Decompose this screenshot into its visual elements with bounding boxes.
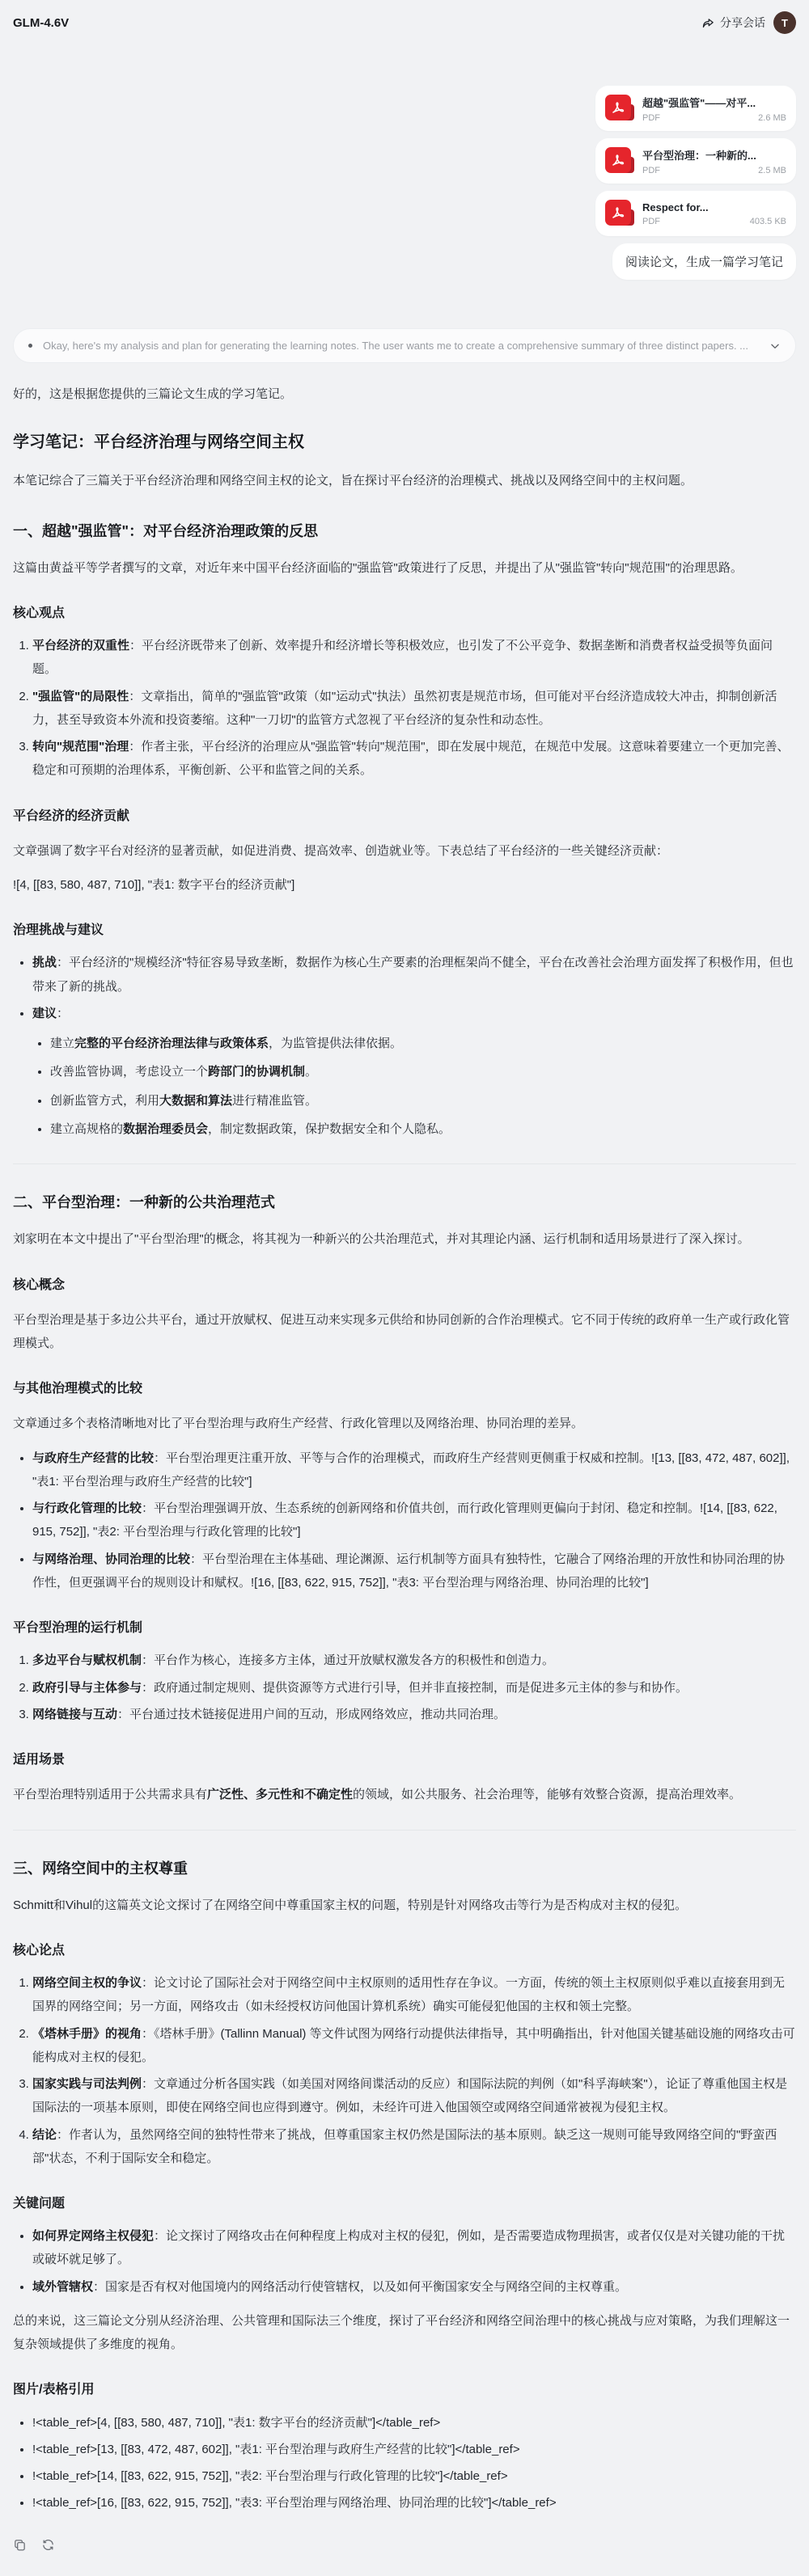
assistant-message: 好的，这是根据您提供的三篇论文生成的学习笔记。学习笔记：平台经济治理与网络空间主… bbox=[13, 382, 796, 2515]
bullet-list: 挑战：平台经济的"规模经济"特征容易导致垄断，数据作为核心生产要素的治理框架尚不… bbox=[13, 951, 796, 1141]
attachment-title: Respect for... bbox=[642, 201, 786, 213]
divider bbox=[13, 1163, 796, 1164]
bold-text: 如何界定网络主权侵犯 bbox=[32, 2229, 154, 2243]
copy-icon bbox=[13, 2538, 27, 2552]
bold-text: 域外管辖权 bbox=[32, 2280, 93, 2294]
paragraph: ![4, [[83, 580, 487, 710]], "表1: 数字平台的经济… bbox=[13, 873, 796, 897]
bold-text: 转向"规范围"治理 bbox=[32, 740, 129, 754]
header-actions: 分享会话 T bbox=[701, 11, 796, 34]
pdf-file-icon bbox=[605, 199, 634, 228]
share-icon bbox=[701, 16, 715, 30]
bold-text: 《塔林手册》的视角 bbox=[32, 2027, 142, 2041]
bold-text: 平台经济的双重性 bbox=[32, 639, 129, 652]
bullet-dot-icon bbox=[28, 344, 32, 348]
bold-text: 挑战 bbox=[32, 956, 57, 969]
list-item: "强监管"的局限性：文章指出，简单的"强监管"政策（如"运动式"执法）虽然初衷是… bbox=[32, 685, 796, 733]
attachment-card[interactable]: 超越"强监管"——对平... PDF 2.6 MB bbox=[595, 86, 796, 131]
bold-text: 完整的平台经济治理法律与政策体系 bbox=[74, 1037, 269, 1050]
attachment-meta: PDF 2.5 MB bbox=[642, 166, 786, 175]
list-item: !<table_ref>[14, [[83, 622, 915, 752]], … bbox=[32, 2464, 796, 2488]
ordered-list: 网络空间主权的争议：论文讨论了国际社会对于网络空间中主权原则的适用性存在争议。一… bbox=[13, 1971, 796, 2170]
list-item: 政府引导与主体参与：政府通过制定规则、提供资源等方式进行引导，但并非直接控制，而… bbox=[32, 1676, 796, 1700]
section-heading: 关键问题 bbox=[13, 2191, 796, 2216]
list-item: 转向"规范围"治理：作者主张，平台经济的治理应从"强监管"转向"规范围"，即在发… bbox=[32, 735, 796, 783]
user-message-group: 超越"强监管"——对平... PDF 2.6 MB 平台型治理：一种新的... bbox=[595, 86, 796, 280]
bold-text: 与网络治理、协同治理的比较 bbox=[32, 1552, 190, 1566]
ordered-list: 平台经济的双重性：平台经济既带来了创新、效率提升和经济增长等积极效应，也引发了不… bbox=[13, 634, 796, 783]
attachment-meta: PDF 2.6 MB bbox=[642, 113, 786, 123]
chevron-down-icon[interactable] bbox=[769, 340, 781, 352]
list-item: !<table_ref>[16, [[83, 622, 915, 752]], … bbox=[32, 2491, 796, 2515]
section-heading: 核心观点 bbox=[13, 601, 796, 626]
paragraph: 刘家明在本文中提出了"平台型治理"的概念，将其视为一种新兴的公共治理范式，并对其… bbox=[13, 1227, 796, 1251]
bold-text: "强监管"的局限性 bbox=[32, 690, 129, 703]
list-item: 建议：建立完整的平台经济治理法律与政策体系，为监管提供法律依据。改善监管协调，考… bbox=[32, 1002, 796, 1141]
list-item: 《塔林手册》的视角：《塔林手册》(Tallinn Manual) 等文件试图为网… bbox=[32, 2022, 796, 2070]
avatar[interactable]: T bbox=[773, 11, 796, 34]
attachment-type: PDF bbox=[642, 217, 660, 226]
bold-text: 多边平台与赋权机制 bbox=[32, 1653, 142, 1667]
bold-text: 网络空间主权的争议 bbox=[32, 1976, 142, 1990]
list-item: 网络链接与互动：平台通过技术链接促进用户间的互动，形成网络效应，推动共同治理。 bbox=[32, 1703, 796, 1726]
bold-text: 广泛性、多元性和不确定性 bbox=[207, 1788, 353, 1801]
bold-text: 国家实践与司法判例 bbox=[32, 2077, 142, 2091]
bold-text: 政府引导与主体参与 bbox=[32, 1681, 142, 1695]
section-heading: 核心论点 bbox=[13, 1938, 796, 1963]
bold-text: 跨部门的协调机制 bbox=[208, 1065, 305, 1079]
bullet-list: !<table_ref>[4, [[83, 580, 487, 710]], "… bbox=[13, 2411, 796, 2515]
bold-text: 大数据和算法 bbox=[159, 1094, 232, 1108]
bold-text: 与政府生产经营的比较 bbox=[32, 1451, 154, 1465]
sub-list-item: 改善监管协调，考虑设立一个跨部门的协调机制。 bbox=[50, 1060, 796, 1083]
user-message-bubble: 阅读论文，生成一篇学习笔记 bbox=[612, 243, 796, 280]
app-title: GLM-4.6V bbox=[13, 16, 69, 30]
bold-text: 网络链接与互动 bbox=[32, 1708, 117, 1721]
paragraph: 平台型治理是基于多边公共平台，通过开放赋权、促进互动来实现多元供给和协同创新的合… bbox=[13, 1308, 796, 1356]
paragraph: 好的，这是根据您提供的三篇论文生成的学习笔记。 bbox=[13, 382, 796, 406]
bullet-list: 如何界定网络主权侵犯：论文探讨了网络攻击在何种程度上构成对主权的侵犯，例如，是否… bbox=[13, 2224, 796, 2299]
section-heading: 适用场景 bbox=[13, 1747, 796, 1772]
list-item: 与行政化管理的比较：平台型治理强调开放、生态系统的创新网络和价值共创，而行政化管… bbox=[32, 1497, 796, 1544]
attachment-meta: PDF 403.5 KB bbox=[642, 217, 786, 226]
section-heading: 学习笔记：平台经济治理与网络空间主权 bbox=[13, 427, 796, 458]
header: GLM-4.6V 分享会话 T bbox=[0, 0, 809, 42]
chat-page: GLM-4.6V 分享会话 T bbox=[0, 0, 809, 2576]
bold-text: 结论 bbox=[32, 2128, 57, 2142]
section-heading: 平台型治理的运行机制 bbox=[13, 1615, 796, 1641]
paragraph: Schmitt和Vihul的这篇英文论文探讨了在网络空间中尊重国家主权的问题，特… bbox=[13, 1894, 796, 1917]
section-heading: 二、平台型治理：一种新的公共治理范式 bbox=[13, 1189, 796, 1217]
attachment-title: 超越"强监管"——对平... bbox=[642, 95, 786, 110]
sub-list-item: 建立高规格的数据治理委员会，制定数据政策，保护数据安全和个人隐私。 bbox=[50, 1117, 796, 1141]
paragraph: 文章强调了数字平台对经济的显著贡献，如促进消费、提高效率、创造就业等。下表总结了… bbox=[13, 839, 796, 863]
attachment-type: PDF bbox=[642, 113, 660, 123]
bold-text: 与行政化管理的比较 bbox=[32, 1501, 142, 1515]
sub-list-item: 建立完整的平台经济治理法律与政策体系，为监管提供法律依据。 bbox=[50, 1032, 796, 1055]
message-actions bbox=[13, 2538, 796, 2552]
section-heading: 治理挑战与建议 bbox=[13, 918, 796, 943]
paragraph: 总的来说，这三篇论文分别从经济治理、公共管理和国际法三个维度，探讨了平台经济和网… bbox=[13, 2309, 796, 2357]
ordered-list: 多边平台与赋权机制：平台作为核心，连接多方主体，通过开放赋权激发各方的积极性和创… bbox=[13, 1649, 796, 1726]
bold-text: 数据治理委员会 bbox=[123, 1122, 208, 1136]
pdf-file-icon bbox=[605, 146, 634, 175]
list-item: 如何界定网络主权侵犯：论文探讨了网络攻击在何种程度上构成对主权的侵犯，例如，是否… bbox=[32, 2224, 796, 2272]
attachment-info: 平台型治理：一种新的... PDF 2.5 MB bbox=[642, 147, 786, 175]
list-item: 多边平台与赋权机制：平台作为核心，连接多方主体，通过开放赋权激发各方的积极性和创… bbox=[32, 1649, 796, 1672]
section-heading: 一、超越"强监管"：对平台经济治理政策的反思 bbox=[13, 517, 796, 546]
sub-bullet-list: 建立完整的平台经济治理法律与政策体系，为监管提供法律依据。改善监管协调，考虑设立… bbox=[32, 1032, 796, 1141]
bullet-list: 与政府生产经营的比较：平台型治理更注重开放、平等与合作的治理模式，而政府生产经营… bbox=[13, 1446, 796, 1595]
list-item: 结论：作者认为，虽然网络空间的独特性带来了挑战，但尊重国家主权仍然是国际法的基本… bbox=[32, 2123, 796, 2171]
refresh-icon bbox=[41, 2538, 55, 2552]
paragraph: 文章通过多个表格清晰地对比了平台型治理与政府生产经营、行政化管理以及网络治理、协… bbox=[13, 1412, 796, 1435]
section-heading: 平台经济的经济贡献 bbox=[13, 804, 796, 829]
share-label: 分享会话 bbox=[720, 15, 765, 31]
thinking-preview: Okay, here's my analysis and plan for ge… bbox=[43, 340, 759, 352]
list-item: 域外管辖权：国家是否有权对他国境内的网络活动行使管辖权，以及如何平衡国家安全与网… bbox=[32, 2275, 796, 2299]
pdf-file-icon bbox=[605, 94, 634, 123]
list-item: 与政府生产经营的比较：平台型治理更注重开放、平等与合作的治理模式，而政府生产经营… bbox=[32, 1446, 796, 1494]
list-item: !<table_ref>[13, [[83, 472, 487, 602]], … bbox=[32, 2438, 796, 2461]
section-heading: 核心概念 bbox=[13, 1273, 796, 1298]
share-session-button[interactable]: 分享会话 bbox=[701, 15, 765, 31]
section-heading: 图片/表格引用 bbox=[13, 2377, 796, 2402]
section-heading: 三、网络空间中的主权尊重 bbox=[13, 1855, 796, 1883]
attachment-size: 403.5 KB bbox=[750, 217, 786, 226]
sub-list-item: 创新监管方式，利用大数据和算法进行精准监管。 bbox=[50, 1089, 796, 1113]
divider bbox=[13, 1830, 796, 1831]
list-item: 网络空间主权的争议：论文讨论了国际社会对于网络空间中主权原则的适用性存在争议。一… bbox=[32, 1971, 796, 2019]
list-item: 挑战：平台经济的"规模经济"特征容易导致垄断，数据作为核心生产要素的治理框架尚不… bbox=[32, 951, 796, 999]
list-item: 平台经济的双重性：平台经济既带来了创新、效率提升和经济增长等积极效应，也引发了不… bbox=[32, 634, 796, 682]
attachment-card[interactable]: Respect for... PDF 403.5 KB bbox=[595, 191, 796, 236]
paragraph: 这篇由黄益平等学者撰写的文章，对近年来中国平台经济面临的"强监管"政策进行了反思… bbox=[13, 556, 796, 580]
attachment-type: PDF bbox=[642, 166, 660, 175]
attachment-info: 超越"强监管"——对平... PDF 2.6 MB bbox=[642, 95, 786, 123]
list-item: 国家实践与司法判例：文章通过分析各国实践（如美国对网络间谍活动的反应）和国际法院… bbox=[32, 2072, 796, 2120]
thinking-block-toggle[interactable]: Okay, here's my analysis and plan for ge… bbox=[13, 328, 796, 363]
section-heading: 与其他治理模式的比较 bbox=[13, 1376, 796, 1401]
copy-button[interactable] bbox=[13, 2538, 27, 2552]
attachment-size: 2.6 MB bbox=[758, 113, 786, 123]
list-item: 与网络治理、协同治理的比较：平台型治理在主体基础、理论渊源、运行机制等方面具有独… bbox=[32, 1548, 796, 1595]
attachment-card[interactable]: 平台型治理：一种新的... PDF 2.5 MB bbox=[595, 138, 796, 184]
attachment-info: Respect for... PDF 403.5 KB bbox=[642, 201, 786, 226]
attachment-title: 平台型治理：一种新的... bbox=[642, 147, 786, 163]
list-item: !<table_ref>[4, [[83, 580, 487, 710]], "… bbox=[32, 2411, 796, 2435]
paragraph: 本笔记综合了三篇关于平台经济治理和网络空间主权的论文，旨在探讨平台经济的治理模式… bbox=[13, 469, 796, 492]
attachment-size: 2.5 MB bbox=[758, 166, 786, 175]
paragraph: 平台型治理特别适用于公共需求具有广泛性、多元性和不确定性的领域，如公共服务、社会… bbox=[13, 1783, 796, 1806]
regenerate-button[interactable] bbox=[41, 2538, 55, 2552]
bold-text: 建议 bbox=[32, 1007, 57, 1020]
